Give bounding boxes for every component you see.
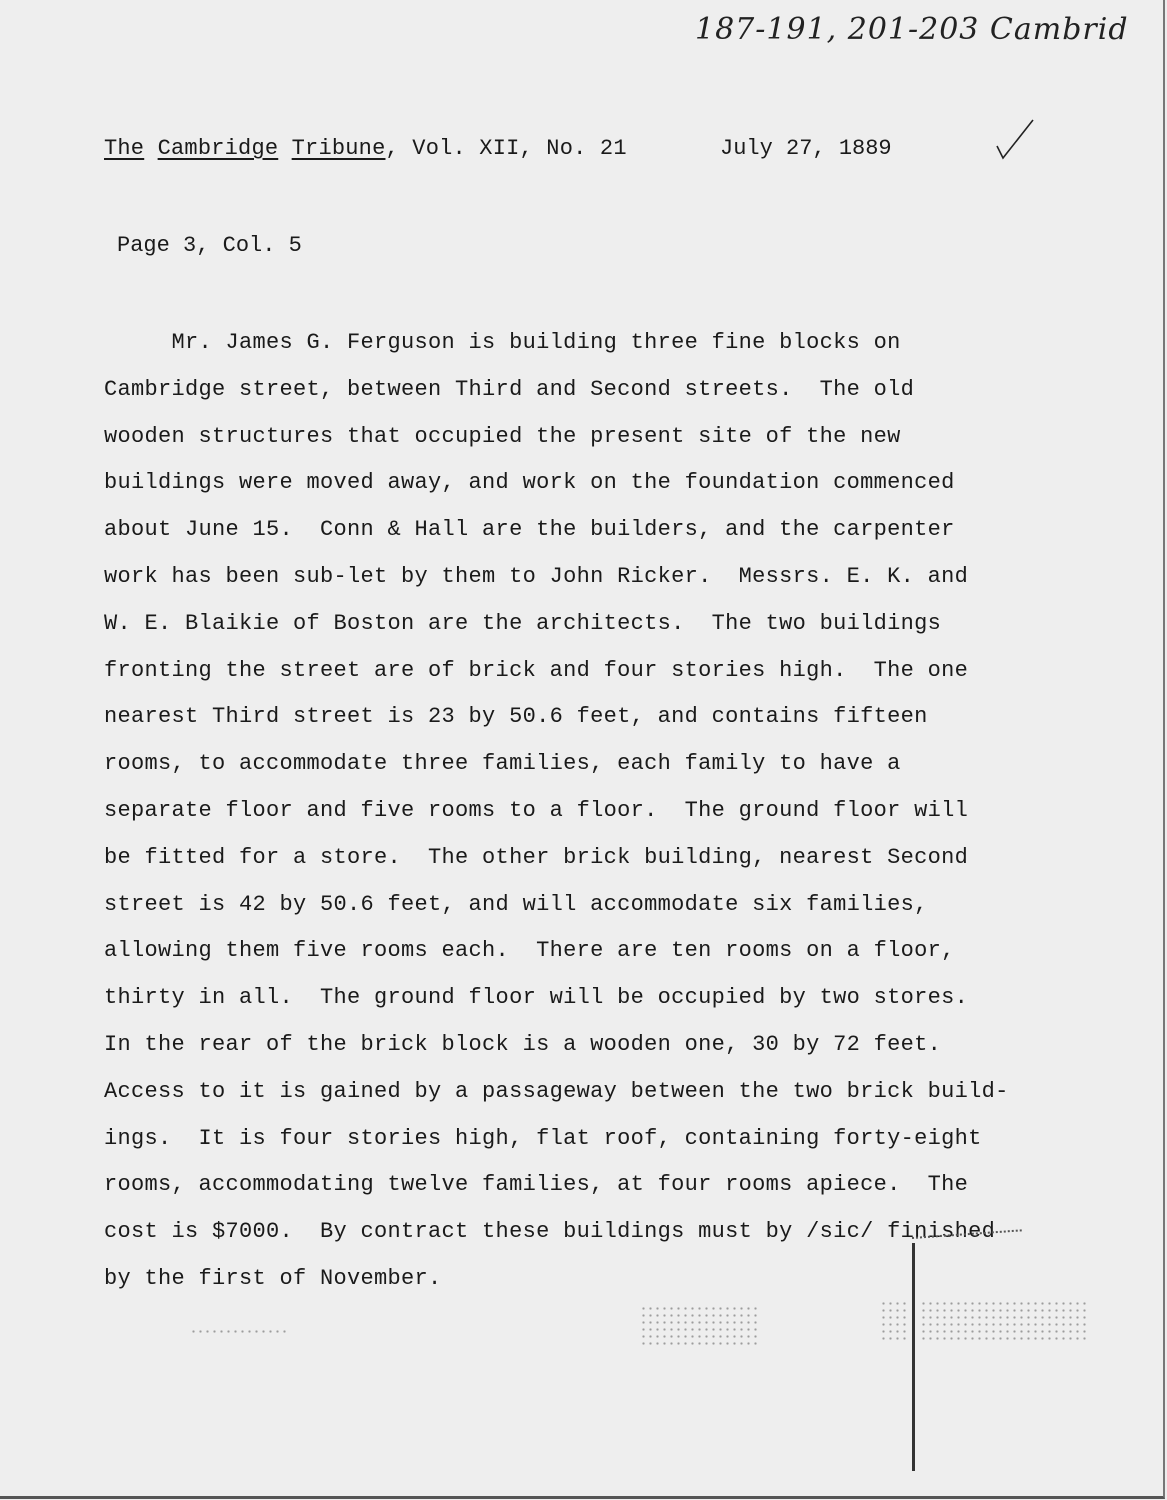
volume-info: , Vol. XII, No. 21 <box>385 136 626 161</box>
article-line: separate floor and five rooms to a floor… <box>104 788 1094 835</box>
article-line: allowing them five rooms each. There are… <box>104 928 1094 975</box>
scan-artifact-speckle <box>880 1300 910 1340</box>
article-line: about June 15. Conn & Hall are the build… <box>104 507 1094 554</box>
article-line: rooms, to accommodate three families, ea… <box>104 741 1094 788</box>
article-line: Access to it is gained by a passageway b… <box>104 1069 1094 1116</box>
citation-header: The Cambridge Tribune, Vol. XII, No. 21 <box>104 136 627 161</box>
article-line: be fitted for a store. The other brick b… <box>104 835 1094 882</box>
article-body: Mr. James G. Ferguson is building three … <box>104 320 1094 1303</box>
publication-date: July 27, 1889 <box>720 136 892 161</box>
handwritten-address-note: 187-191, 201-203 Cambrid <box>695 12 1129 47</box>
document-page: 187-191, 201-203 Cambrid The Cambridge T… <box>0 0 1165 1499</box>
scan-artifact-vertical-bar <box>912 1243 915 1471</box>
article-line: In the rear of the brick block is a wood… <box>104 1022 1094 1069</box>
article-line: ings. It is four stories high, flat roof… <box>104 1116 1094 1163</box>
article-line: Mr. James G. Ferguson is building three … <box>104 320 1094 367</box>
article-line: work has been sub-let by them to John Ri… <box>104 554 1094 601</box>
article-line: cost is $7000. By contract these buildin… <box>104 1209 1094 1256</box>
newspaper-title-the: The <box>104 136 144 161</box>
scan-artifact-speckle <box>640 1305 760 1345</box>
article-line: wooden structures that occupied the pres… <box>104 414 1094 461</box>
article-line: nearest Third street is 23 by 50.6 feet,… <box>104 694 1094 741</box>
article-line: W. E. Blaikie of Boston are the architec… <box>104 601 1094 648</box>
scan-artifact-speckle <box>190 1328 290 1336</box>
article-line: Cambridge street, between Third and Seco… <box>104 367 1094 414</box>
page-column-reference: Page 3, Col. 5 <box>117 233 302 258</box>
article-line: rooms, accommodating twelve families, at… <box>104 1162 1094 1209</box>
newspaper-title-tribune: Tribune <box>292 136 386 161</box>
article-line: fronting the street are of brick and fou… <box>104 648 1094 695</box>
article-line: by the first of November. <box>104 1256 1094 1303</box>
article-line: thirty in all. The ground floor will be … <box>104 975 1094 1022</box>
check-mark-icon <box>995 118 1035 160</box>
scan-artifact-speckle <box>920 1300 1090 1340</box>
article-line: street is 42 by 50.6 feet, and will acco… <box>104 882 1094 929</box>
newspaper-title-cambridge: Cambridge <box>158 136 279 161</box>
article-line: buildings were moved away, and work on t… <box>104 460 1094 507</box>
